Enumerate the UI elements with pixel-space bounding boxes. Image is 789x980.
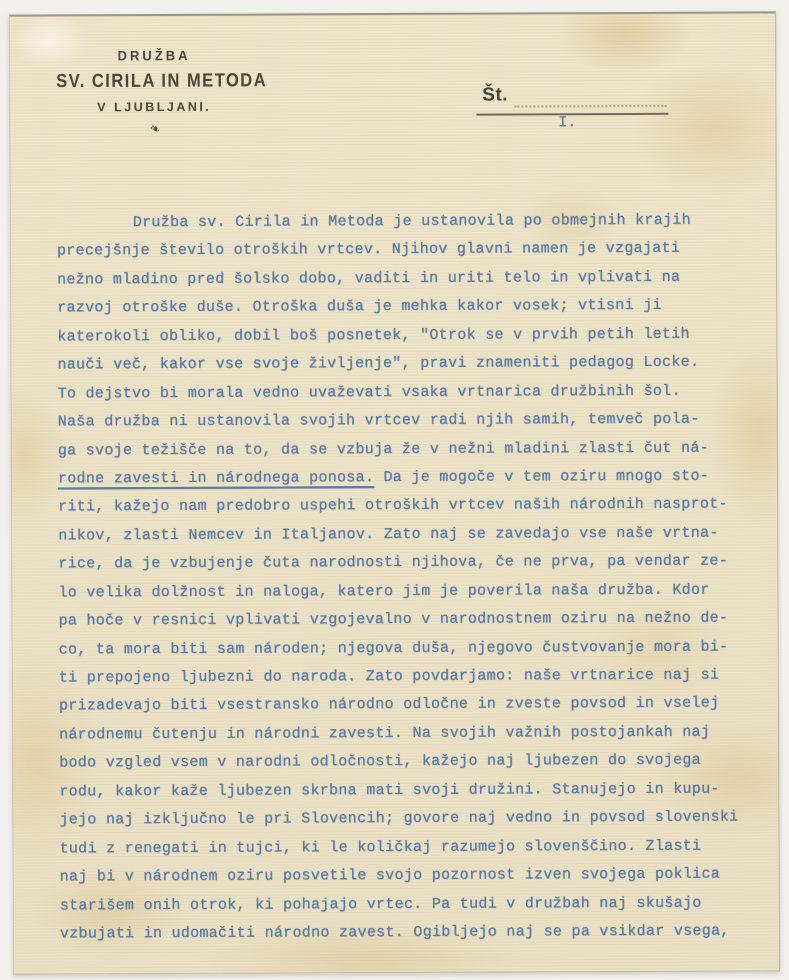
typed-line: bodo vzgled vsem v narodni odločnosti, k…: [59, 747, 749, 778]
reference-number-block: Št. I.: [476, 84, 668, 133]
underlined-phrase: rodne zavesti in národnega ponosa.: [58, 469, 374, 487]
typed-line: razvoj otroške duše. Otroška duša je meh…: [57, 292, 747, 323]
typed-line: vzbujati in udomačiti národno zavest. Og…: [60, 917, 750, 948]
typed-lines: Družba sv. Cirila in Metoda je ustanovil…: [57, 206, 750, 948]
typed-line: lo velika dolžnost in naloga, katero jim…: [58, 576, 748, 607]
typed-line: nežno mladino pred šolsko dobo, vaditi i…: [57, 263, 747, 294]
typed-line: tudi z renegati in tujci, ki le količkaj…: [59, 832, 749, 863]
typed-line: katerokoli obliko, dobil boš posnetek, "…: [57, 320, 747, 351]
typed-line: jejo naj izključno le pri Slovencih; gov…: [59, 804, 749, 835]
typed-line: rice, da je vzbujenje čuta narodnosti nj…: [58, 548, 748, 579]
typed-line: starišem onih otrok, ki pohajajo vrtec. …: [60, 889, 750, 920]
document-page: DRUŽBA SV. CIRILA IN METODA V LJUBLJANI.…: [9, 11, 780, 974]
leaf-ornament-icon: ❧: [146, 119, 163, 138]
typed-line: riti, kažejo nam predobro uspehi otroški…: [58, 491, 748, 522]
typed-line: ga svoje težišče na to, da se vzbuja že …: [58, 434, 748, 465]
typed-line: rodu, kakor kaže ljubezen skrbna mati sv…: [59, 775, 749, 806]
letterhead-society-main: SV. CIRILA IN METODA: [56, 70, 252, 93]
typed-line: Naša družba ni ustanovila svojih vrtcev …: [58, 406, 748, 437]
letterhead: DRUŽBA SV. CIRILA IN METODA V LJUBLJANI.…: [56, 48, 252, 139]
typed-line: naj bi v národnem oziru posvetile svojo …: [60, 861, 750, 892]
typed-line: co, ta mora biti sam národen; njegova du…: [59, 633, 749, 664]
typed-line: nauči več, kakor vse svoje življenje", p…: [57, 349, 747, 380]
typed-line: rodne zavesti in národnega ponosa. Da je…: [58, 462, 748, 493]
typed-line: Družba sv. Cirila in Metoda je ustanovil…: [57, 206, 747, 237]
typed-line: národnemu čutenju in národni zavesti. Na…: [59, 718, 749, 749]
reference-dotted-line: [514, 105, 666, 108]
reference-label: Št.: [482, 85, 508, 107]
typed-line: nikov, zlasti Nemcev in Italjanov. Zato …: [58, 519, 748, 550]
typed-line: prizadevajo biti vsestransko národno odl…: [59, 690, 749, 721]
letterhead-society-top: DRUŽBA: [56, 47, 252, 64]
typed-line: To dejstvo bi morala vedno uvaževati vsa…: [58, 377, 748, 408]
typed-line: ti prepojeno ljubezni do naroda. Zato po…: [59, 661, 749, 692]
typed-line: pa hoče v resnici vplivati vzgojevalno v…: [58, 605, 748, 636]
reference-number-value: I.: [558, 114, 576, 131]
typed-line: precejšnje število otroških vrtcev. Njih…: [57, 235, 747, 266]
letterhead-society-place: V LJUBLJANI.: [56, 100, 252, 115]
